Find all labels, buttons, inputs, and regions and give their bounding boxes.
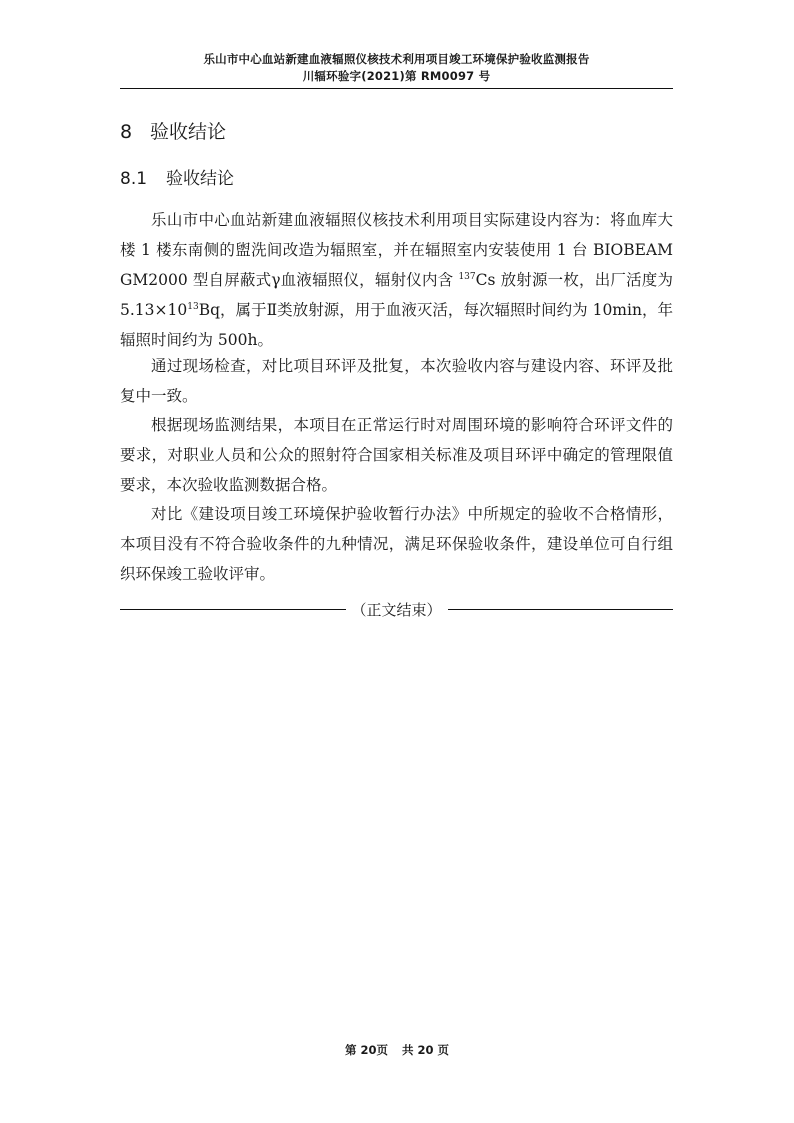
document-number: 川辐环验字(2021)第 RM0097 号 (120, 68, 673, 84)
section-number: 8 (120, 121, 150, 143)
report-title-header: 乐山市中心血站新建血液辐照仪核技术利用项目竣工环境保护验收监测报告 (120, 51, 673, 67)
paragraph-acceptance-conditions: 对比《建设项目竣工环境保护验收暂行办法》中所规定的验收不合格情形，本项目没有不符… (120, 499, 673, 589)
current-page: 第 20页 (345, 1043, 388, 1057)
end-of-text-label: （正文结束） (346, 599, 448, 620)
paragraph-construction-content: 乐山市中心血站新建血液辐照仪核技术利用项目实际建设内容为：将血库大楼 1 楼东南… (120, 205, 673, 355)
paragraph-text: 根据现场监测结果，本项目在正常运行时对周围环境的影响符合环评文件的要求，对职业人… (120, 410, 673, 500)
exponent: 13 (187, 302, 198, 312)
paragraph-text: Bq，属于Ⅱ类放射源，用于血液灭活，每次辐照时间约为 10min，年辐照时间约为… (120, 301, 673, 349)
document-page: 乐山市中心血站新建血液辐照仪核技术利用项目竣工环境保护验收监测报告 川辐环验字(… (0, 0, 794, 1123)
end-of-text-separator: （正文结束） (120, 599, 673, 620)
paragraph-site-inspection: 通过现场检查，对比项目环评及批复，本次验收内容与建设内容、环评及批复中一致。 (120, 351, 673, 411)
subsection-title: 验收结论 (166, 169, 234, 189)
subsection-number: 8.1 (120, 169, 166, 189)
header-rule (120, 88, 673, 89)
total-pages: 共 20 页 (402, 1043, 449, 1057)
section-heading: 8验收结论 (120, 117, 226, 144)
separator-line-left (120, 609, 346, 610)
page-footer: 第 20页共 20 页 (0, 1042, 794, 1058)
separator-line-right (448, 609, 674, 610)
section-title: 验收结论 (150, 121, 226, 143)
paragraph-text: 对比《建设项目竣工环境保护验收暂行办法》中所规定的验收不合格情形，本项目没有不符… (120, 499, 673, 589)
paragraph-monitoring-results: 根据现场监测结果，本项目在正常运行时对周围环境的影响符合环评文件的要求，对职业人… (120, 410, 673, 500)
isotope-mass-number: 137 (458, 272, 475, 282)
subsection-heading: 8.1验收结论 (120, 164, 234, 189)
paragraph-text: 通过现场检查，对比项目环评及批复，本次验收内容与建设内容、环评及批复中一致。 (120, 351, 673, 411)
